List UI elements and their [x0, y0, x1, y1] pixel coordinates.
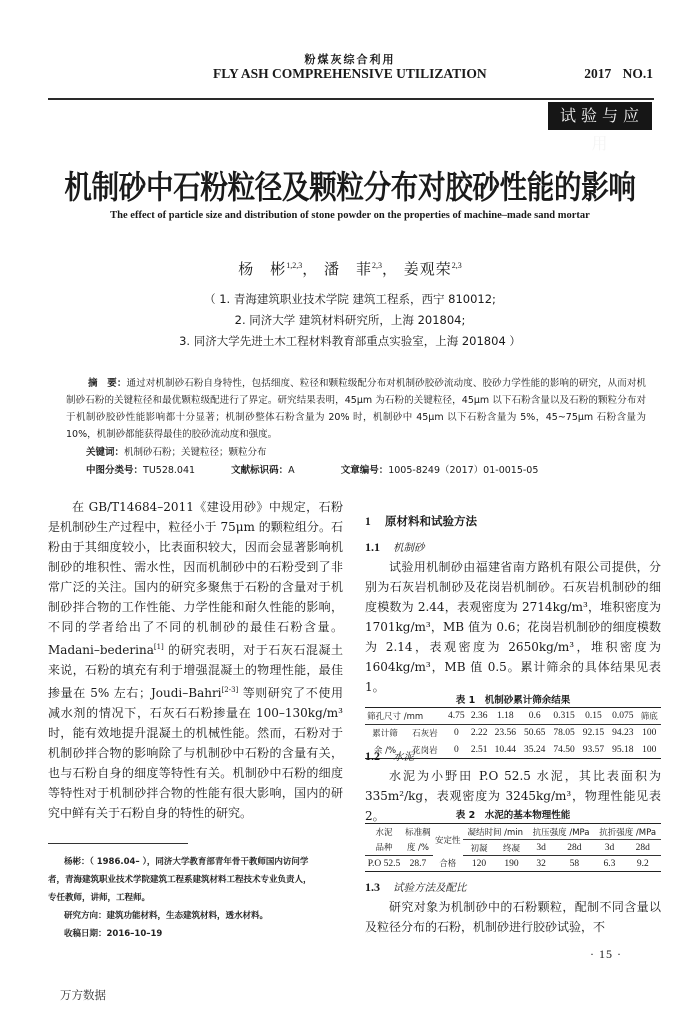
journal-name-cn: 粉煤灰综合利用 — [0, 51, 700, 67]
section-heading-1-3: 1.3试验方法及配比 — [365, 880, 467, 895]
doc-code-value: A — [288, 465, 295, 476]
section-1-3-text: 研究对象为机制砂中的石粉颗粒，配制不同含量以及粒径分布的石粉，机制砂进行胶砂试验… — [365, 897, 661, 937]
author-bio-line: 专任教师，讲师，工程师。 — [48, 889, 348, 907]
section-heading-1-1: 1.1机制砂 — [365, 540, 425, 555]
author-name: 杨 彬 — [238, 260, 286, 278]
author-affil-sup: 2,3 — [372, 261, 382, 270]
classification-row: 中图分类号：TU528.041 文献标识码：A 文章编号：1005-8249（2… — [86, 462, 538, 476]
footnote-rule — [48, 843, 188, 844]
table-2-caption: 表 2 水泥的基本物理性能 — [365, 807, 661, 821]
abstract: 摘 要：通过对机制砂石粉自身特性，包括细度、粒径和颗粒级配分布对机制砂胶砂流动度… — [66, 375, 646, 443]
abstract-label: 摘 要： — [66, 378, 127, 389]
table-row: 累计筛 石灰岩 0 2.22 23.56 50.65 78.05 92.15 9… — [365, 725, 661, 742]
research-direction: 研究方向：建筑功能材料，生态建筑材料，透水材料。 — [48, 907, 348, 925]
paper-title-cn: 机制砂中石粉粒径及颗粒分布对胶砂性能的影响 — [0, 161, 700, 207]
affiliation-3: 3. 同济大学先进土木工程材料教育部重点实验室，上海 201804 ） — [0, 333, 700, 349]
page-number: · 15 · — [590, 947, 622, 962]
issue-number: 2017 NO.1 — [584, 66, 653, 82]
table-2: 水泥 标准稠 安定性 凝结时间 /min 抗压强度 /MPa 抗折强度 /MPa… — [365, 823, 661, 872]
author-list: 杨 彬1,2,3， 潘 菲2,3， 姜观荣2,3 — [0, 258, 700, 279]
author-affil-sup: 2,3 — [452, 261, 462, 270]
intro-paragraph: 在 GB/T14684–2011《建设用砂》中规定，石粉是机制砂生产过程中，粒径… — [48, 497, 343, 823]
table-row: P.O 52.5 28.7 合格 120 190 32 58 6.3 9.2 — [365, 856, 661, 872]
article-no-label: 文章编号： — [341, 465, 389, 476]
intro-text: 等则研究了不使用减水剂的情况下，石灰石石粉掺量在 100–130kg/m³ 时，… — [48, 686, 343, 820]
keywords-label: 关键词： — [86, 447, 124, 458]
paper-title-en: The effect of particle size and distribu… — [0, 210, 700, 221]
affiliation-1: （ 1. 青海建筑职业技术学院 建筑工程系，西宁 810012; — [0, 291, 700, 307]
clc-value: TU528.041 — [143, 465, 195, 476]
article-no-value: 1005-8249（2017）01-0015-05 — [388, 465, 538, 476]
citation: [2-3] — [222, 686, 239, 694]
section-heading-1-2: 1.2水泥 — [365, 749, 414, 764]
doc-code-label: 文献标识码： — [231, 465, 288, 476]
header-rule — [48, 98, 654, 100]
author-name: 姜观荣 — [404, 260, 452, 278]
received-date: 收稿日期：2016–10–19 — [48, 925, 348, 943]
author-affil-sup: 1,2,3 — [286, 261, 302, 270]
section-heading-1: 1 原材料和试验方法 — [365, 513, 477, 529]
table-1-caption: 表 1 机制砂累计筛余结果 — [365, 692, 661, 706]
clc-label: 中图分类号： — [86, 465, 143, 476]
section-1-1-text: 试验用机制砂由福建省南方路机有限公司提供，分别为石灰岩机制砂及花岗岩机制砂。石灰… — [365, 557, 661, 697]
keywords-text: 机制砂石粉；关键粒径；颗粒分布 — [124, 447, 267, 458]
author-bio: 杨彬：（ 1986.04– ），同济大学教育部青年骨干教师国内访问学 者，青海建… — [48, 853, 348, 943]
intro-text: 在 GB/T14684–2011《建设用砂》中规定，石粉是机制砂生产过程中，粒径… — [48, 500, 343, 657]
keywords: 关键词：机制砂石粉；关键粒径；颗粒分布 — [86, 444, 267, 458]
author-name: 潘 菲 — [324, 260, 372, 278]
watermark: 万方数据 — [60, 987, 106, 1003]
journal-name-en: FLY ASH COMPREHENSIVE UTILIZATION — [213, 66, 487, 82]
section-banner: 试验与应用 — [548, 102, 652, 130]
abstract-text: 通过对机制砂石粉自身特性，包括细度、粒径和颗粒级配分布对机制砂胶砂流动度、胶砂力… — [66, 378, 646, 440]
author-bio-line: 杨彬：（ 1986.04– ），同济大学教育部青年骨干教师国内访问学 — [48, 853, 348, 871]
author-bio-line: 者，青海建筑职业技术学院建筑工程系建筑材料工程技术专业负责人， — [48, 871, 348, 889]
affiliation-2: 2. 同济大学 建筑材料研究所，上海 201804; — [0, 312, 700, 328]
citation: [1] — [154, 643, 164, 651]
